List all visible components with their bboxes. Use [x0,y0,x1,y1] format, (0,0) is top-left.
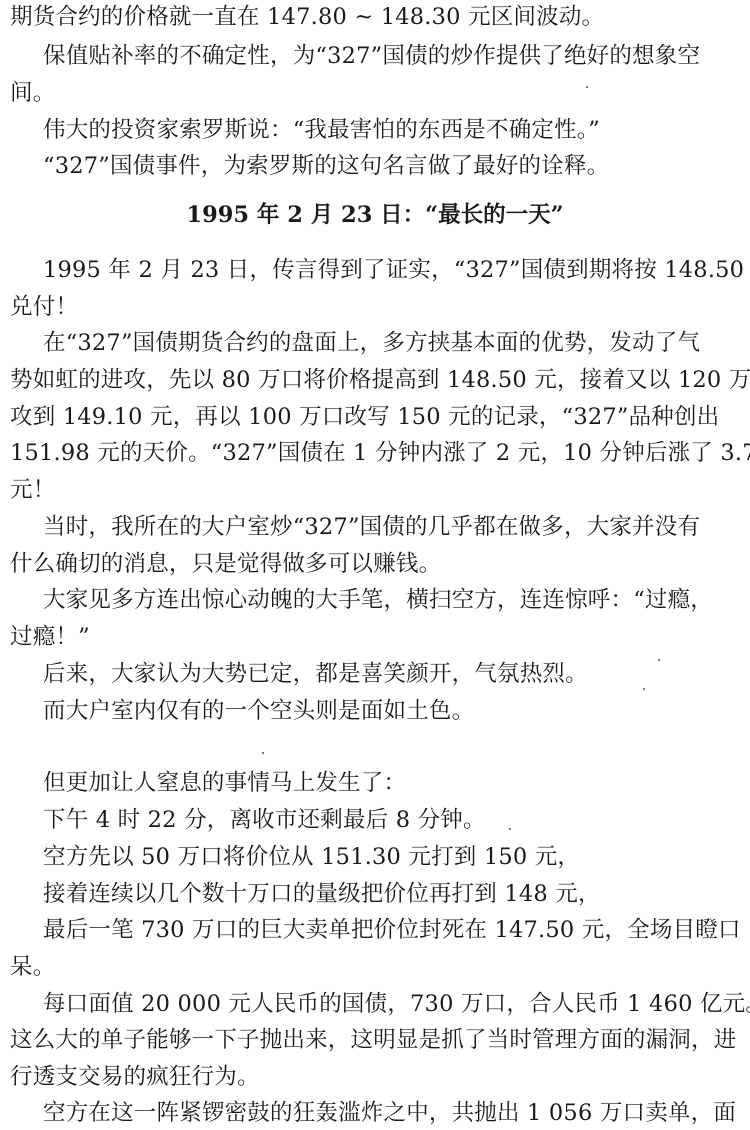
text-line: 在“327”国债期货合约的盘面上，多方挟基本面的优势，发动了气 [43,328,700,358]
text-line: 期货合约的价格就一直在 147.80 ~ 148.30 元区间波动。 [10,2,604,32]
text-line: 空方先以 50 万口将价位从 151.30 元打到 150 元， [43,842,580,872]
text-line: 1995 年 2 月 23 日，传言得到了证实，“327”国债到期将按 148.… [43,255,750,285]
text-line: 攻到 149.10 元，再以 100 万口改写 150 元的记录，“327”品种… [10,402,719,432]
scan-speck [509,828,511,830]
text-line: 元！ [10,475,55,505]
text-line: 大家见多方连出惊心动魄的大手笔，横扫空方，连连惊呼：“过瘾， [43,585,713,615]
text-line: “327”国债事件，为索罗斯的这句名言做了最好的诠释。 [43,151,609,181]
text-line: 间。 [10,78,55,108]
scanned-book-page: 期货合约的价格就一直在 147.80 ~ 148.30 元区间波动。 保值贴补率… [0,0,750,1130]
scan-speck [586,86,588,88]
text-line: 兑付！ [10,292,78,322]
text-line: 当时，我所在的大户室炒“327”国债的几乎都在做多，大家并没有 [43,512,700,542]
scan-speck [643,688,645,690]
text-line: 151.98 元的天价。“327”国债在 1 分钟内涨了 2 元，10 分钟后涨… [10,438,750,468]
text-line: 但更加让人窒息的事情马上发生了： [43,768,406,798]
text-line: 最后一笔 730 万口的巨大卖单把价位封死在 147.50 元，全场目瞪口 [43,915,741,945]
scan-speck [658,659,660,661]
text-line: 伟大的投资家索罗斯说：“我最害怕的东西是不确定性。” [43,115,600,145]
text-line: 空方在这一阵紧锣密鼓的狂轰滥炸之中，共抛出 1 056 万口卖单，面 [43,1098,736,1128]
text-line: 后来，大家认为大势已定，都是喜笑颜开，气氛热烈。 [43,659,588,689]
text-line: 势如虹的进攻，先以 80 万口将价格提高到 148.50 元，接着又以 120 … [10,365,750,395]
text-line: 接着连续以几个数十万口的量级把价位再打到 148 元， [43,879,601,909]
text-line: 呆。 [10,952,55,982]
text-line: 行透支交易的疯狂行为。 [10,1062,260,1092]
text-line: 保值贴补率的不确定性，为“327”国债的炒作提供了绝好的想象空 [43,41,700,71]
text-line: 每口面值 20 000 元人民币的国债，730 万口，合人民币 1 460 亿元… [43,989,750,1019]
section-heading: 1995 年 2 月 23 日：“最长的一天” [0,200,750,230]
text-line: 而大户室内仅有的一个空头则是面如土色。 [43,696,474,726]
text-line: 过瘾！” [10,622,90,652]
text-line: 什么确切的消息，只是觉得做多可以赚钱。 [10,549,441,579]
text-line: 下午 4 时 22 分，离收市还剩最后 8 分钟。 [43,805,486,835]
text-line: 这么大的单子能够一下子抛出来，这明显是抓了当时管理方面的漏洞，进 [10,1025,736,1055]
scan-speck [262,752,264,754]
scan-speck [589,59,591,61]
